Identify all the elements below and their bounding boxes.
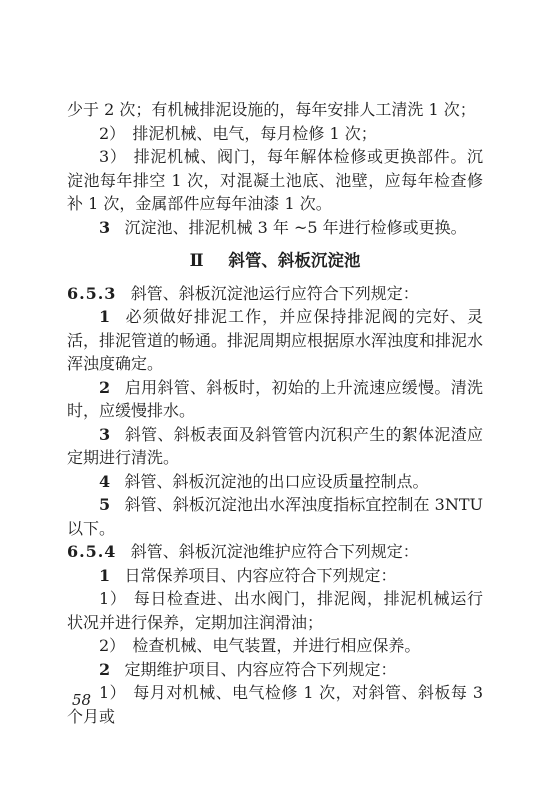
item-number: 3） bbox=[99, 147, 127, 166]
paragraph-text: 沉淀池、排泥机械 3 年 ~5 年进行检修或更换。 bbox=[125, 218, 467, 237]
section-title: 斜管、斜板沉淀池 bbox=[228, 251, 360, 270]
item-number: 1 bbox=[99, 307, 110, 326]
clause: 6.5.3斜管、斜板沉淀池运行应符合下列规定： bbox=[67, 282, 483, 306]
paragraph-text: 斜管、斜板表面及斜管管内沉积产生的絮体泥渣应定期进行清洗。 bbox=[67, 425, 483, 468]
clause: 6.5.4斜管、斜板沉淀池维护应符合下列规定： bbox=[67, 540, 483, 564]
paragraph-text: 斜管、斜板沉淀池的出口应设质量控制点。 bbox=[125, 472, 429, 491]
paragraph-text: 每日检查进、出水阀门，排泥阀，排泥机械运行状况并进行保养，定期加注润滑油； bbox=[67, 589, 483, 632]
paragraph-text: 排泥机械、阀门，每年解体检修或更换部件。沉淀池每年排空 1 次，对混凝土池底、池… bbox=[67, 147, 483, 213]
paragraph-text: 斜管、斜板沉淀池运行应符合下列规定： bbox=[131, 284, 419, 303]
page-number: 58 bbox=[72, 689, 91, 712]
paragraph-text: 少于 2 次；有机械排泥设施的，每年安排人工清洗 1 次； bbox=[67, 100, 476, 119]
list-item: 1）每月对机械、电气检修 1 次，对斜管、斜板每 3 个月或 bbox=[67, 681, 483, 728]
list-item: 3斜管、斜板表面及斜管管内沉积产生的絮体泥渣应定期进行清洗。 bbox=[67, 423, 483, 470]
list-item: 1必须做好排泥工作，并应保持排泥阀的完好、灵活，排泥管道的畅通。排泥周期应根据原… bbox=[67, 305, 483, 376]
document-page: 少于 2 次；有机械排泥设施的，每年安排人工清洗 1 次； 2）排泥机械、电气，… bbox=[0, 0, 551, 789]
paragraph-text: 每月对机械、电气检修 1 次，对斜管、斜板每 3 个月或 bbox=[67, 683, 483, 726]
clause-number: 6.5.4 bbox=[67, 542, 116, 561]
list-item: 4斜管、斜板沉淀池的出口应设质量控制点。 bbox=[67, 470, 483, 494]
section-numeral: Ⅱ bbox=[190, 251, 204, 270]
paragraph-text: 日常保养项目、内容应符合下列规定： bbox=[125, 566, 397, 585]
page-body: 少于 2 次；有机械排泥设施的，每年安排人工清洗 1 次； 2）排泥机械、电气，… bbox=[67, 98, 483, 728]
list-item: 3）排泥机械、阀门，每年解体检修或更换部件。沉淀池每年排空 1 次，对混凝土池底… bbox=[67, 145, 483, 216]
item-number: 1） bbox=[99, 683, 126, 702]
item-number: 4 bbox=[99, 472, 110, 491]
paragraph-text: 排泥机械、电气，每月检修 1 次； bbox=[132, 124, 376, 143]
item-number: 2） bbox=[99, 124, 125, 143]
list-item: 2）排泥机械、电气，每月检修 1 次； bbox=[67, 122, 483, 146]
list-item: 5斜管、斜板沉淀池出水浑浊度指标宜控制在 3NTU 以下。 bbox=[67, 493, 483, 540]
list-item: 1日常保养项目、内容应符合下列规定： bbox=[67, 564, 483, 588]
item-number: 3 bbox=[99, 218, 110, 237]
list-item: 1）每日检查进、出水阀门，排泥阀，排泥机械运行状况并进行保养，定期加注润滑油； bbox=[67, 587, 483, 634]
item-number: 2 bbox=[99, 660, 110, 679]
item-number: 2 bbox=[99, 378, 110, 397]
paragraph-text: 斜管、斜板沉淀池维护应符合下列规定： bbox=[131, 542, 419, 561]
clause-number: 6.5.3 bbox=[67, 284, 116, 303]
item-number: 2） bbox=[99, 636, 125, 655]
paragraph-text: 检查机械、电气装置，并进行相应保养。 bbox=[132, 636, 420, 655]
section-heading: Ⅱ斜管、斜板沉淀池 bbox=[67, 249, 483, 273]
list-item: 3沉淀池、排泥机械 3 年 ~5 年进行检修或更换。 bbox=[67, 216, 483, 240]
paragraph-text: 斜管、斜板沉淀池出水浑浊度指标宜控制在 3NTU 以下。 bbox=[67, 495, 483, 538]
paragraph: 少于 2 次；有机械排泥设施的，每年安排人工清洗 1 次； bbox=[67, 98, 483, 122]
item-number: 5 bbox=[99, 495, 110, 514]
item-number: 1 bbox=[99, 566, 110, 585]
list-item: 2定期维护项目、内容应符合下列规定： bbox=[67, 658, 483, 682]
item-number: 1） bbox=[99, 589, 127, 608]
paragraph-text: 定期维护项目、内容应符合下列规定： bbox=[125, 660, 397, 679]
paragraph-text: 启用斜管、斜板时，初始的上升流速应缓慢。清洗时，应缓慢排水。 bbox=[67, 378, 483, 421]
item-number: 3 bbox=[99, 425, 110, 444]
paragraph-text: 必须做好排泥工作，并应保持排泥阀的完好、灵活，排泥管道的畅通。排泥周期应根据原水… bbox=[67, 307, 483, 373]
list-item: 2启用斜管、斜板时，初始的上升流速应缓慢。清洗时，应缓慢排水。 bbox=[67, 376, 483, 423]
list-item: 2）检查机械、电气装置，并进行相应保养。 bbox=[67, 634, 483, 658]
